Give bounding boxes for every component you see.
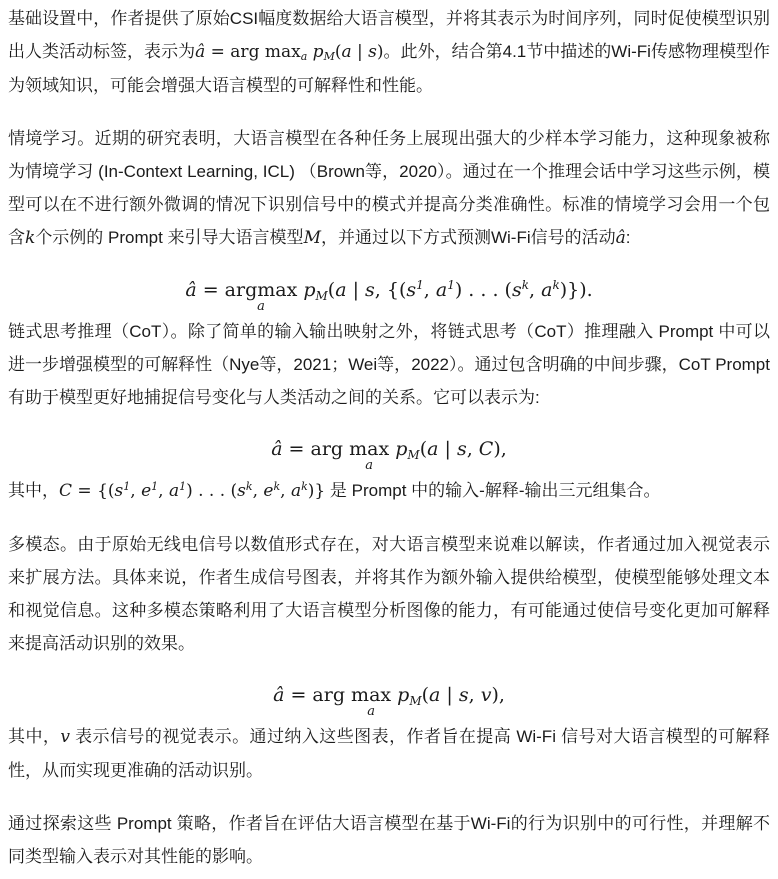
text-run: 其中，: [8, 727, 60, 746]
math-superscript: k: [522, 278, 529, 292]
math-italic: a: [429, 684, 440, 706]
math-roman: ,: [130, 481, 141, 501]
math-superscript: k: [246, 480, 253, 493]
math-roman: )}).: [560, 279, 593, 301]
math-italic: a: [169, 481, 179, 501]
math-under-variable: a: [225, 300, 298, 313]
math-roman: = {(: [72, 481, 115, 501]
display-formula: â = argmaxa pM(a | s, {(s1, a1) . . . (s…: [8, 275, 770, 313]
math-italic: s: [457, 438, 467, 460]
math-italic: s: [512, 279, 522, 301]
math-operator: max: [349, 439, 389, 459]
display-formula: â = arg maxa pM(a | s, v),: [8, 680, 770, 718]
math-roman: ) . . . (: [455, 279, 512, 301]
math-italic: â: [195, 42, 205, 62]
text-run: 通过探索这些 Prompt 策略，作者旨在评估大语言模型在基于Wi-Fi的行为识…: [8, 814, 770, 866]
math-roman: ,: [469, 684, 481, 706]
math-under-variable: a: [351, 705, 391, 718]
math-italic: s: [365, 279, 375, 301]
text-run: 是 Prompt 中的输入-解释-输出三元组集合。: [325, 481, 660, 500]
math-roman: ,: [424, 279, 436, 301]
math-italic: C: [479, 438, 494, 460]
math-roman: |: [438, 438, 456, 460]
math-roman: ) . . . (: [186, 481, 237, 501]
math-roman: ),: [493, 438, 506, 460]
math-roman: =: [197, 279, 225, 301]
math-roman: (: [420, 438, 427, 460]
math-roman: = arg max: [205, 42, 300, 62]
text-run: ，并通过以下方式预测Wi-Fi信号的活动: [321, 228, 616, 247]
math-italic: a: [436, 279, 447, 301]
math-italic: â: [616, 228, 626, 248]
math-roman: , {(: [375, 279, 407, 301]
math-underop: maxa: [351, 685, 391, 718]
math-italic: a: [291, 481, 301, 501]
paragraph: 情境学习。近期的研究表明，大语言模型在各种任务上展现出强大的少样本学习能力，这种…: [8, 122, 770, 255]
math-italic: p: [391, 684, 409, 706]
math-italic: e: [263, 481, 273, 501]
math-roman: |: [440, 684, 458, 706]
math-subscript: M: [407, 448, 419, 462]
math-superscript: k: [301, 480, 308, 493]
math-italic: s: [368, 42, 377, 62]
math-superscript: 1: [416, 278, 424, 292]
math-italic: â: [273, 684, 284, 706]
math-italic: k: [25, 228, 35, 248]
text-run: 其中，: [8, 481, 59, 500]
math-italic: p: [297, 279, 315, 301]
math-roman: |: [352, 42, 369, 62]
math-underop: argmaxa: [225, 280, 298, 313]
math-italic: a: [427, 438, 438, 460]
math-roman: |: [347, 279, 365, 301]
math-italic: a: [541, 279, 552, 301]
text-run: 表示信号的视觉表示。通过纳入这些图表，作者旨在提高 Wi-Fi 信号对大语言模型…: [8, 727, 770, 780]
math-italic: s: [459, 684, 469, 706]
math-italic: s: [115, 481, 124, 501]
math-italic: v: [481, 684, 492, 706]
math-italic: e: [141, 481, 151, 501]
paragraph: 其中，v 表示信号的视觉表示。通过纳入这些图表，作者旨在提高 Wi-Fi 信号对…: [8, 720, 770, 787]
math-italic: s: [237, 481, 246, 501]
math-subscript: M: [409, 694, 421, 708]
paragraph: 链式思考推理（CoT）。除了简单的输入输出映射之外，将链式思考（CoT）推理融入…: [8, 315, 770, 414]
math-roman: ,: [253, 481, 264, 501]
math-italic: C: [59, 481, 72, 501]
math-underop: maxa: [349, 439, 389, 472]
math-roman: = arg: [283, 438, 350, 460]
math-operator: argmax: [225, 280, 298, 300]
text-run: :: [626, 228, 631, 247]
text-run: 个示例的 Prompt 来引导大语言模型: [35, 228, 303, 247]
math-italic: v: [60, 727, 70, 747]
paragraph: 多模态。由于原始无线电信号以数值形式存在，对大语言模型来说难以解读，作者通过加入…: [8, 528, 770, 660]
math-roman: = arg: [284, 684, 351, 706]
math-roman: ): [377, 42, 384, 62]
math-italic: s: [406, 279, 416, 301]
math-italic: M: [304, 228, 321, 248]
math-roman: ,: [158, 481, 169, 501]
paragraph: 基础设置中，作者提供了原始CSI幅度数据给大语言模型，并将其表示为时间序列，同时…: [8, 2, 770, 102]
math-subscript: M: [316, 289, 328, 303]
math-roman: ,: [529, 279, 541, 301]
text-run: 多模态。由于原始无线电信号以数值形式存在，对大语言模型来说难以解读，作者通过加入…: [8, 535, 770, 653]
math-italic: â: [185, 279, 196, 301]
math-superscript: k: [552, 278, 559, 292]
text-run: 链式思考推理（CoT）。除了简单的输入输出映射之外，将链式思考（CoT）推理融入…: [8, 322, 770, 407]
math-roman: (: [422, 684, 429, 706]
display-formula: â = arg maxa pM(a | s, C),: [8, 434, 770, 472]
math-italic: â: [271, 438, 282, 460]
document-body: 基础设置中，作者提供了原始CSI幅度数据给大语言模型，并将其表示为时间序列，同时…: [0, 0, 778, 873]
math-under-variable: a: [349, 459, 389, 472]
math-subscript: M: [324, 50, 335, 63]
math-italic: a: [341, 42, 351, 62]
math-italic: a: [335, 279, 346, 301]
math-roman: ,: [467, 438, 479, 460]
paragraph: 通过探索这些 Prompt 策略，作者旨在评估大语言模型在基于Wi-Fi的行为识…: [8, 807, 770, 873]
math-italic: p: [307, 42, 323, 62]
math-superscript: 1: [447, 278, 455, 292]
math-italic: p: [389, 438, 407, 460]
math-operator: max: [351, 685, 391, 705]
math-roman: ,: [280, 481, 291, 501]
math-roman: ),: [491, 684, 504, 706]
math-roman: )}: [308, 481, 325, 501]
paragraph: 其中，C = {(s1, e1, a1) . . . (sk, ek, ak)}…: [8, 474, 770, 508]
